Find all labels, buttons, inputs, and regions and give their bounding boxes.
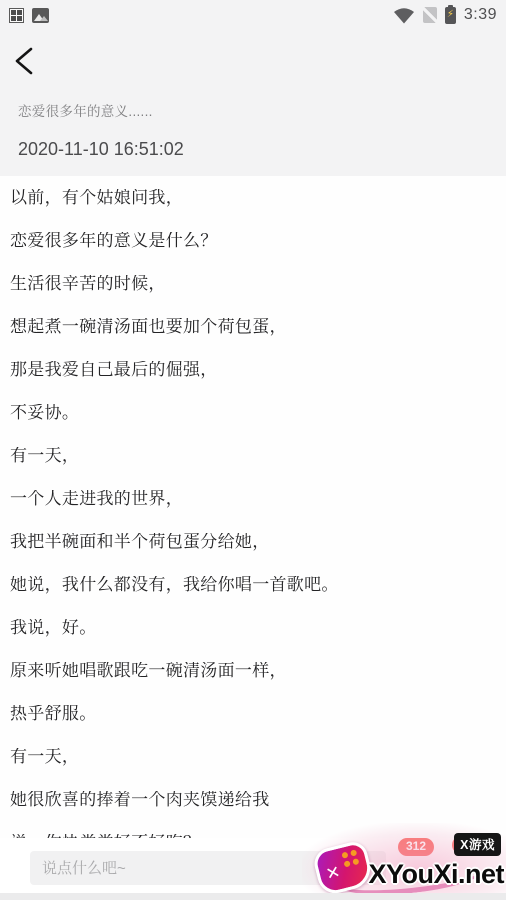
- charging-bolt-icon: ⚡: [447, 10, 454, 20]
- post-meta: 恋爱很多年的意义...... 2020-11-10 16:51:02: [0, 92, 506, 176]
- post-paragraph: 那是我爱自己最后的倔强，: [10, 361, 496, 379]
- no-sim-icon: [423, 7, 437, 23]
- chevron-left-icon: [12, 46, 36, 76]
- post-body: 以前，有个姑娘问我，恋爱很多年的意义是什么？生活很辛苦的时候，想起煮一碗清汤面也…: [0, 176, 506, 852]
- post-paragraph: 我说，好。: [10, 619, 496, 637]
- app-notification-icon: [9, 8, 24, 23]
- post-paragraph: 不妥协。: [10, 404, 496, 422]
- app-screen: ⚡ 3:39 恋爱很多年的意义...... 2020-11-10 16:51:0…: [0, 0, 506, 900]
- status-bar: ⚡ 3:39: [0, 0, 506, 30]
- comment-bar: 312 ✕ XYouXi.net X游戏: [0, 838, 506, 900]
- gamepad-x-button: ✕: [324, 863, 342, 883]
- watermark-site-text: XYouXi.net: [368, 859, 504, 890]
- post-paragraph: 原来听她唱歌跟吃一碗清汤面一样，: [10, 662, 496, 680]
- post-paragraph: 想起煮一碗清汤面也要加个荷包蛋，: [10, 318, 496, 336]
- screenshot-image-icon: [32, 8, 49, 23]
- post-paragraph: 热乎舒服。: [10, 705, 496, 723]
- post-paragraph: 生活很辛苦的时候，: [10, 275, 496, 293]
- post-paragraph: 她说，我什么都没有，我给你唱一首歌吧。: [10, 576, 496, 594]
- status-time: 3:39: [464, 6, 497, 24]
- post-paragraph: 我把半碗面和半个荷包蛋分给她，: [10, 533, 496, 551]
- gamepad-dots: [341, 849, 359, 867]
- back-button[interactable]: [12, 44, 44, 78]
- battery-charging-icon: ⚡: [445, 7, 456, 24]
- nav-header: [0, 30, 506, 92]
- post-paragraph: 恋爱很多年的意义是什么？: [10, 232, 496, 250]
- post-paragraph: 以前，有个姑娘问我，: [10, 189, 496, 207]
- post-paragraph: 一个人走进我的世界，: [10, 490, 496, 508]
- wifi-icon: [393, 7, 415, 24]
- site-watermark: ✕ XYouXi.net X游戏: [314, 833, 506, 899]
- post-paragraph: 有一天，: [10, 748, 496, 766]
- post-paragraph: 有一天，: [10, 447, 496, 465]
- watermark-tag: X游戏: [454, 833, 501, 856]
- post-title: 恋爱很多年的意义......: [18, 100, 488, 120]
- post-datetime: 2020-11-10 16:51:02: [18, 139, 488, 160]
- post-paragraph: 她很欣喜的捧着一个肉夹馍递给我: [10, 791, 496, 809]
